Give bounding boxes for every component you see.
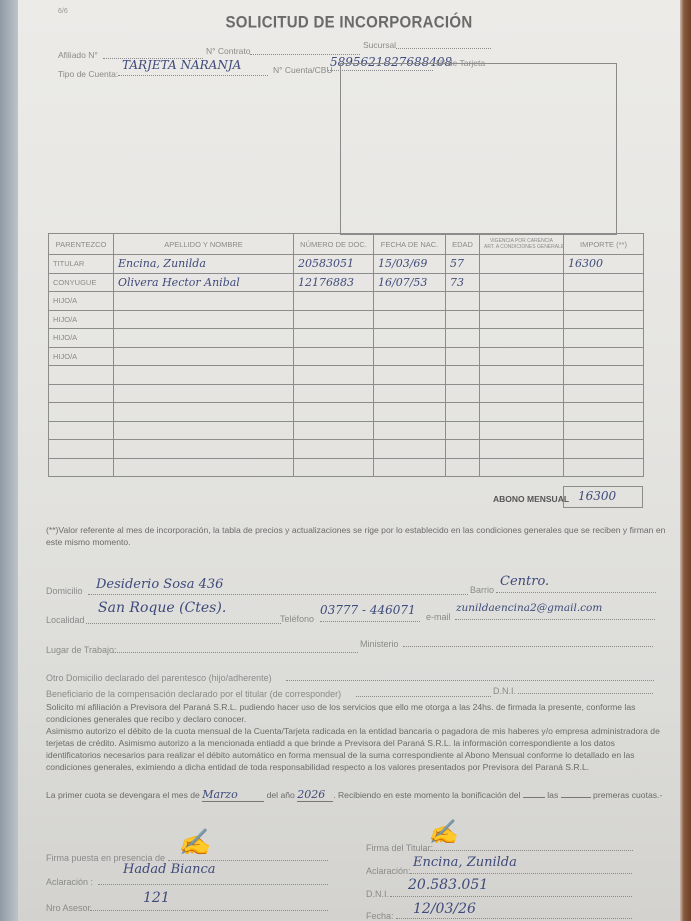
table-header-row: PARENTEZCO APELLIDO Y NOMBRE NÚMERO DE D… — [49, 234, 644, 255]
cell-nombre[interactable] — [114, 329, 294, 348]
cell-edad[interactable] — [446, 440, 480, 459]
fecha-value: 12/03/26 — [413, 901, 476, 917]
otro-domicilio-label: Otro Domicilio declarado del parentesco … — [46, 673, 272, 683]
tipo-cuenta-value: TARJETA NARANJA — [122, 58, 241, 72]
table-row — [49, 458, 644, 477]
cell-fecha[interactable]: 16/07/53 — [374, 273, 446, 292]
form-sheet: 6/6 SOLICITUD DE INCORPORACIÓN Afiliado … — [18, 0, 680, 921]
barrio-value: Centro. — [500, 574, 549, 589]
cell-nombre[interactable] — [114, 292, 294, 311]
cell-vigencia[interactable] — [480, 310, 564, 329]
cell-nombre[interactable] — [114, 458, 294, 477]
table-row — [49, 384, 644, 403]
cuota-anio-value: 2026 — [297, 788, 325, 801]
asesor-value: 121 — [143, 890, 170, 906]
cuotas-count-field[interactable] — [561, 797, 591, 798]
cell-nombre[interactable] — [114, 366, 294, 385]
col-header-importe: IMPORTE (**) — [564, 234, 644, 255]
cell-parentezco — [49, 403, 114, 422]
cuota-anio-label: del año — [267, 790, 295, 800]
cell-importe[interactable] — [564, 329, 644, 348]
barrio-label: Barrio — [470, 585, 494, 595]
fecha-label: Fecha: — [366, 911, 394, 921]
cell-doc[interactable]: 12176883 — [294, 273, 374, 292]
table-row — [49, 403, 644, 422]
cell-edad[interactable] — [446, 310, 480, 329]
witness-signature: ✍ — [178, 828, 210, 858]
cell-vigencia[interactable] — [480, 329, 564, 348]
cell-importe[interactable] — [564, 440, 644, 459]
telefono-value: 03777 - 446071 — [320, 603, 416, 617]
email-field[interactable] — [455, 619, 655, 620]
tipo-cuenta-label: Tipo de Cuenta: — [58, 69, 118, 79]
table-row — [49, 421, 644, 440]
cuota-mes-value: Marzo — [202, 788, 238, 801]
footnote-text: (**)Valor referente al mes de incorporac… — [46, 524, 666, 548]
dni-label: D.N.I. — [366, 889, 389, 899]
table-row: HIJO/A — [49, 347, 644, 366]
table-row: HIJO/A — [49, 310, 644, 329]
abono-mensual-value: 16300 — [578, 489, 616, 503]
cell-nombre[interactable]: Encina, Zunilda — [114, 255, 294, 274]
cuota-middle: . Recibiendo en este momento la bonifica… — [333, 790, 520, 800]
asesor-label: Nro Asesor — [46, 903, 91, 913]
cell-edad[interactable] — [446, 458, 480, 477]
cell-importe[interactable] — [564, 421, 644, 440]
cell-vigencia[interactable] — [480, 347, 564, 366]
cell-doc[interactable] — [294, 366, 374, 385]
cell-importe[interactable] — [564, 458, 644, 477]
cuota-suffix: premeras cuotas.- — [593, 790, 662, 800]
table-row: HIJO/A — [49, 329, 644, 348]
tipo-cuenta-field[interactable] — [118, 75, 268, 76]
table-row: CONYUGUEOlivera Hector Anibal1217688316/… — [49, 273, 644, 292]
cell-doc[interactable] — [294, 440, 374, 459]
col-header-fecha: FECHA DE NAC. — [374, 234, 446, 255]
cell-vigencia[interactable] — [480, 273, 564, 292]
table-row — [49, 440, 644, 459]
sucursal-label: Sucursal — [363, 40, 396, 50]
beneficiario-dni-field[interactable] — [518, 693, 653, 694]
cuota-prefix: La primer cuota se devengara el mes de — [46, 790, 200, 800]
cell-parentezco — [49, 440, 114, 459]
barrio-field[interactable] — [496, 592, 656, 593]
cell-edad[interactable] — [446, 329, 480, 348]
cell-vigencia[interactable] — [480, 403, 564, 422]
vigencia-subtitle: ART. A CONDICIONES GENERALES — [484, 244, 559, 250]
cell-edad[interactable]: 57 — [446, 255, 480, 274]
abono-mensual-field[interactable]: 16300 — [563, 486, 643, 508]
cell-parentezco — [49, 366, 114, 385]
col-header-doc: NÚMERO DE DOC. — [294, 234, 374, 255]
asesor-field[interactable] — [90, 910, 328, 911]
cell-nombre[interactable] — [114, 403, 294, 422]
cell-vigencia[interactable] — [480, 255, 564, 274]
aclaracion-left-field[interactable] — [98, 884, 328, 885]
cuenta-cbu-label: N° Cuenta/CBU — [273, 65, 333, 75]
cell-vigencia[interactable] — [480, 384, 564, 403]
contrato-label: N° Contrato — [206, 46, 251, 56]
presencia-signature-field[interactable] — [168, 860, 328, 861]
email-label: e-mail — [426, 612, 451, 622]
beneficiario-field[interactable] — [356, 696, 491, 697]
abono-mensual-label: ABONO MENSUAL — [493, 494, 569, 504]
cell-fecha[interactable] — [374, 329, 446, 348]
cell-fecha[interactable] — [374, 292, 446, 311]
debit-authorization-text: Asimismo autorizo el débito de la cuota … — [46, 725, 666, 773]
domicilio-label: Domicilio — [46, 586, 83, 596]
cell-vigencia[interactable] — [480, 458, 564, 477]
ministerio-label: Ministerio — [360, 639, 399, 649]
cell-edad[interactable]: 73 — [446, 273, 480, 292]
cell-fecha[interactable] — [374, 366, 446, 385]
cell-parentezco: HIJO/A — [49, 310, 114, 329]
cell-nombre[interactable] — [114, 421, 294, 440]
page-title: SOLICITUD DE INCORPORACIÓN — [18, 13, 680, 32]
aclaracion-left-label: Aclaración : — [46, 877, 93, 887]
cell-fecha[interactable] — [374, 384, 446, 403]
cell-edad[interactable] — [446, 366, 480, 385]
localidad-value: San Roque (Ctes). — [98, 600, 226, 616]
telefono-field[interactable] — [320, 621, 420, 622]
fecha-field[interactable] — [396, 918, 632, 919]
cell-doc[interactable] — [294, 347, 374, 366]
cell-nombre[interactable] — [114, 310, 294, 329]
cell-importe[interactable] — [564, 366, 644, 385]
members-table: PARENTEZCO APELLIDO Y NOMBRE NÚMERO DE D… — [48, 233, 644, 477]
cell-doc[interactable] — [294, 329, 374, 348]
cell-doc[interactable] — [294, 292, 374, 311]
afiliado-label: Afiliado N° — [58, 50, 98, 60]
cell-doc[interactable] — [294, 458, 374, 477]
background-edge-right — [679, 0, 691, 921]
cell-parentezco: HIJO/A — [49, 347, 114, 366]
bonificacion-field[interactable] — [523, 797, 545, 798]
table-row: HIJO/A — [49, 292, 644, 311]
col-header-nombre: APELLIDO Y NOMBRE — [114, 234, 294, 255]
cell-parentezco: HIJO/A — [49, 329, 114, 348]
photo-box — [340, 63, 617, 235]
table-row: TITULAREncina, Zunilda2058305115/03/6957… — [49, 255, 644, 274]
cell-fecha[interactable] — [374, 440, 446, 459]
cell-importe[interactable] — [564, 384, 644, 403]
cell-vigencia[interactable] — [480, 292, 564, 311]
domicilio-field[interactable] — [88, 594, 468, 595]
localidad-label: Localidad — [46, 615, 85, 625]
cell-importe[interactable] — [564, 310, 644, 329]
beneficiario-label: Beneficiario de la compensación declarad… — [46, 689, 341, 699]
sucursal-field[interactable] — [396, 48, 491, 49]
cuota-anio-field[interactable]: 2026 — [297, 789, 333, 802]
cell-parentezco — [49, 384, 114, 403]
cell-edad[interactable] — [446, 403, 480, 422]
cell-fecha[interactable] — [374, 458, 446, 477]
email-value: zunildaencina2@gmail.com — [456, 602, 602, 614]
cell-doc[interactable]: 20583051 — [294, 255, 374, 274]
cell-parentezco — [49, 421, 114, 440]
cell-doc[interactable] — [294, 310, 374, 329]
col-header-parentezco: PARENTEZCO — [49, 234, 114, 255]
domicilio-value: Desiderio Sosa 436 — [96, 577, 223, 592]
cell-doc[interactable] — [294, 403, 374, 422]
aclaracion-right-label: Aclaración: — [366, 866, 411, 876]
cell-vigencia[interactable] — [480, 440, 564, 459]
cell-fecha[interactable] — [374, 347, 446, 366]
cell-parentezco — [49, 458, 114, 477]
titular-signature: ✍ — [428, 818, 458, 846]
cell-nombre[interactable] — [114, 347, 294, 366]
cell-importe[interactable] — [564, 403, 644, 422]
cell-edad[interactable] — [446, 292, 480, 311]
col-header-edad: EDAD — [446, 234, 480, 255]
telefono-label: Teléfono — [280, 614, 314, 624]
firma-titular-field[interactable] — [423, 850, 633, 851]
localidad-field[interactable] — [86, 623, 281, 624]
dni-value: 20.583.051 — [408, 877, 488, 893]
trabajo-field[interactable] — [113, 652, 358, 653]
cell-doc[interactable] — [294, 384, 374, 403]
cell-vigencia[interactable] — [480, 421, 564, 440]
cell-fecha[interactable] — [374, 403, 446, 422]
cuota-mes-field[interactable]: Marzo — [202, 789, 264, 802]
otro-domicilio-field[interactable] — [286, 680, 654, 681]
cell-importe[interactable] — [564, 273, 644, 292]
cell-parentezco: CONYUGUE — [49, 273, 114, 292]
cuota-line: La primer cuota se devengara el mes de M… — [46, 789, 666, 802]
cell-parentezco: TITULAR — [49, 255, 114, 274]
aclaracion-right-field[interactable] — [410, 873, 632, 874]
beneficiario-dni-label: D.N.I. — [493, 686, 516, 696]
col-header-vigencia: VIGENCIA POR CARENCIA ART. A CONDICIONES… — [480, 234, 564, 255]
trabajo-label: Lugar de Trabajo: — [46, 645, 117, 655]
dni-field[interactable] — [390, 896, 632, 897]
cell-fecha[interactable] — [374, 310, 446, 329]
cuota-las-label: las — [547, 790, 558, 800]
cell-nombre[interactable]: Olivera Hector Anibal — [114, 273, 294, 292]
cell-importe[interactable] — [564, 292, 644, 311]
cell-importe[interactable] — [564, 347, 644, 366]
cell-fecha[interactable]: 15/03/69 — [374, 255, 446, 274]
ministerio-field[interactable] — [403, 646, 653, 647]
table-body: TITULAREncina, Zunilda2058305115/03/6957… — [49, 255, 644, 477]
table-row — [49, 366, 644, 385]
aclaracion-right-value: Encina, Zunilda — [413, 855, 517, 870]
cell-nombre[interactable] — [114, 440, 294, 459]
firma-titular-label: Firma del Titular: — [366, 843, 433, 853]
affiliation-text: Solicito mi afiliación a Previsora del P… — [46, 701, 666, 725]
aclaracion-left-value: Hadad Bianca — [123, 862, 215, 877]
cell-vigencia[interactable] — [480, 366, 564, 385]
cell-edad[interactable] — [446, 384, 480, 403]
cell-edad[interactable] — [446, 421, 480, 440]
cell-edad[interactable] — [446, 347, 480, 366]
cell-fecha[interactable] — [374, 421, 446, 440]
cell-doc[interactable] — [294, 421, 374, 440]
cell-parentezco: HIJO/A — [49, 292, 114, 311]
cell-importe[interactable]: 16300 — [564, 255, 644, 274]
cell-nombre[interactable] — [114, 384, 294, 403]
